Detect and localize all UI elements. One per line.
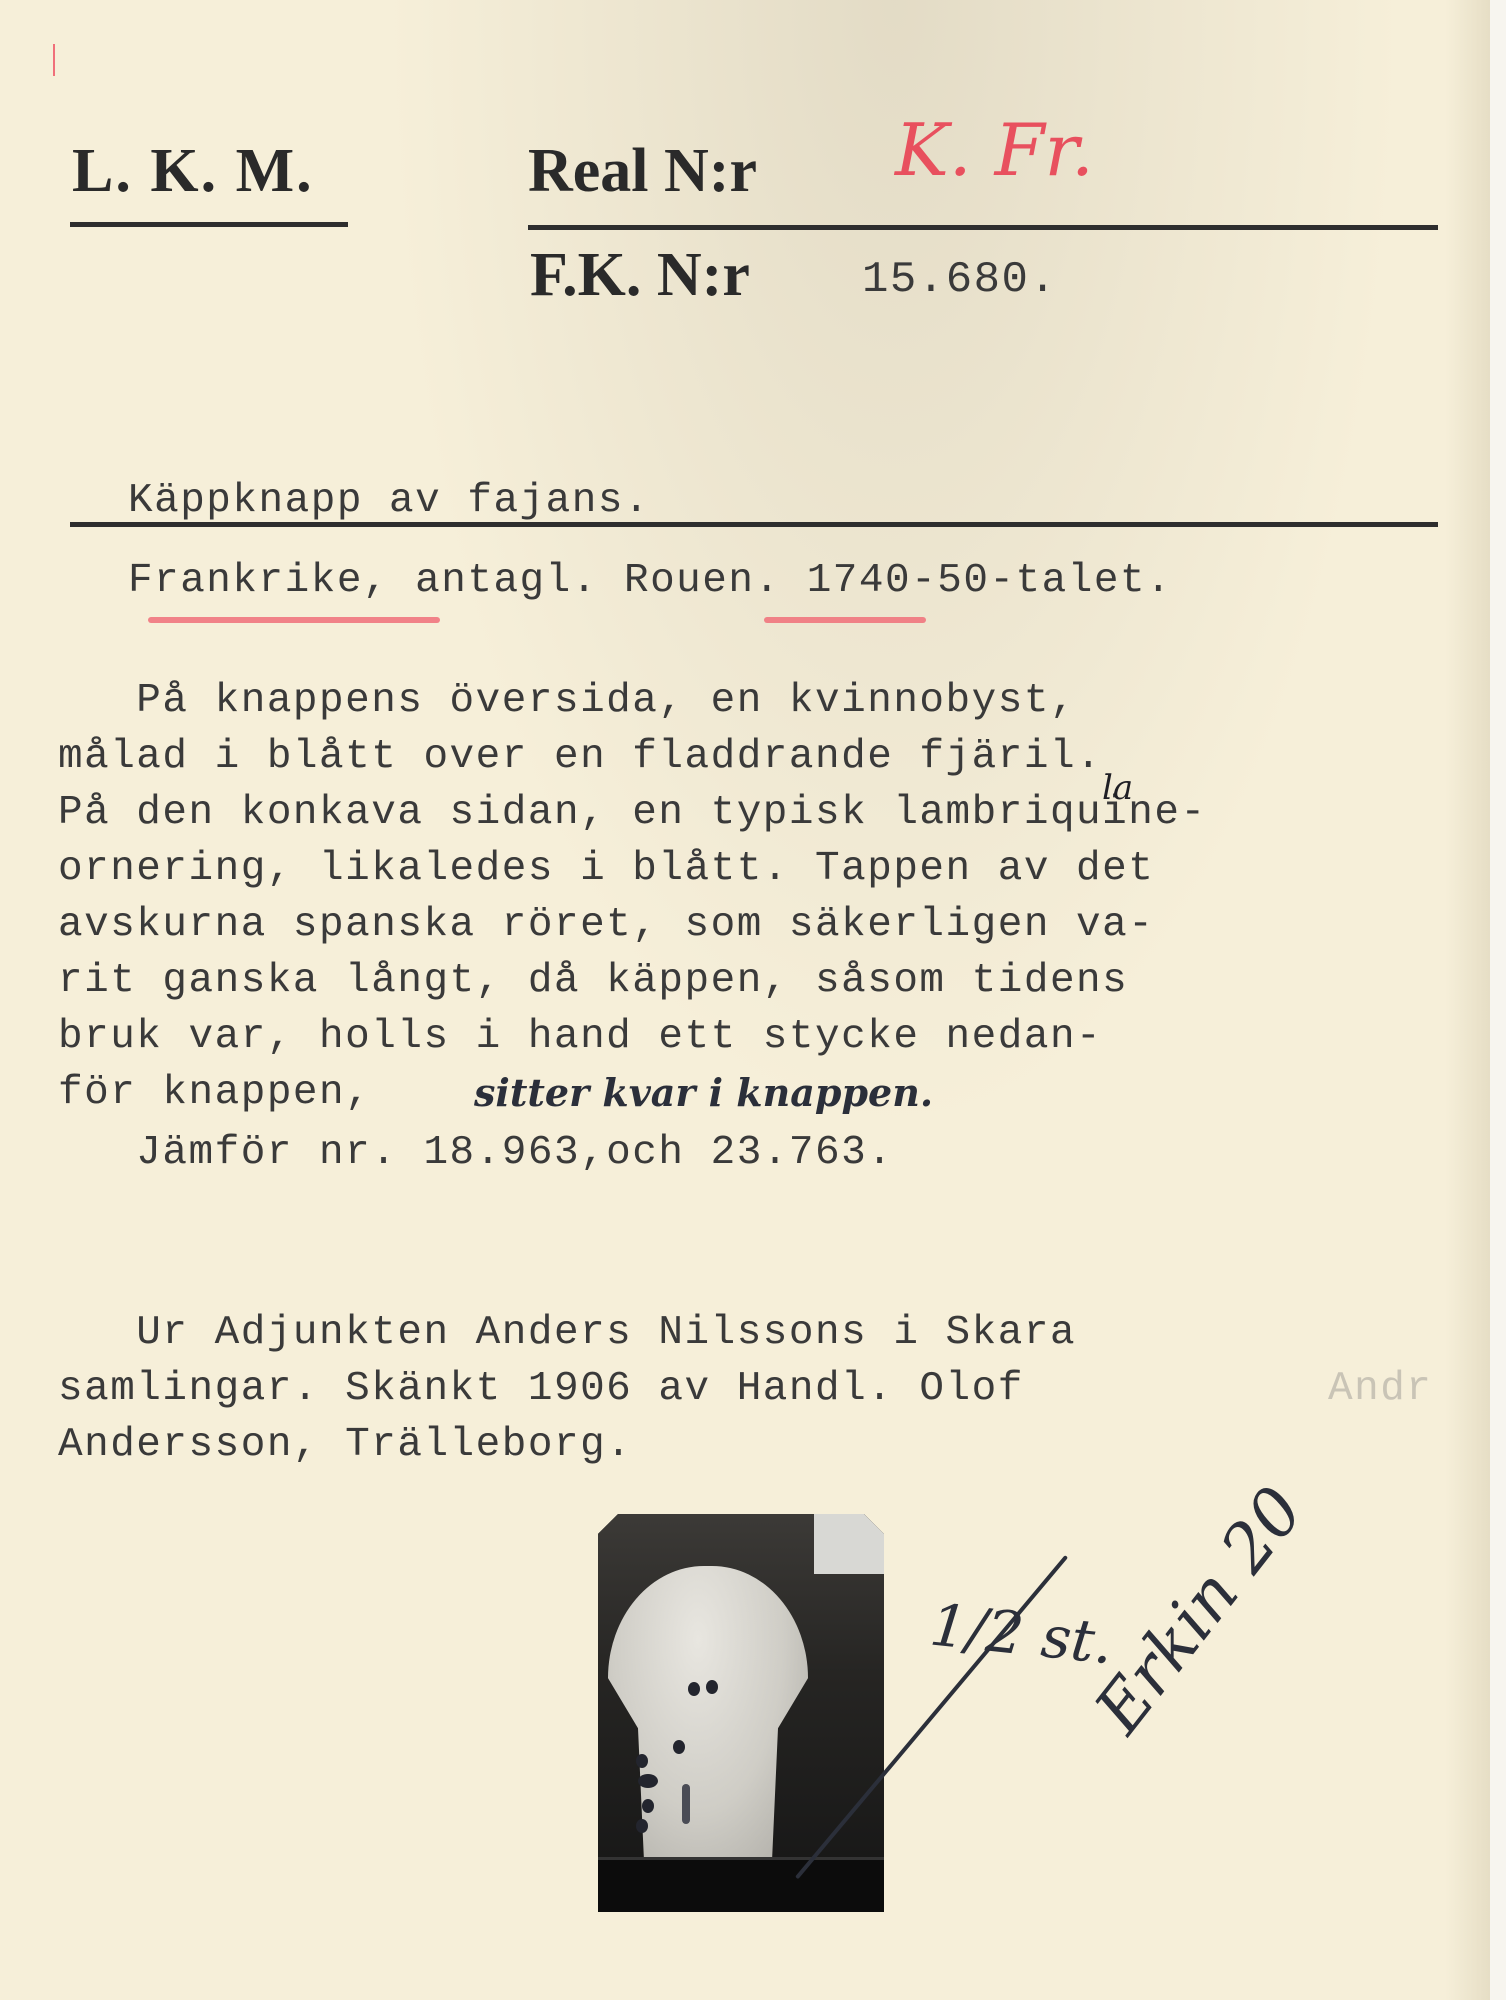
provenance-line: samlingar. Skänkt 1906 av Handl. Olof xyxy=(58,1366,1024,1412)
provenance-faded-text: Andr xyxy=(1328,1366,1432,1412)
fk-nr-value: 15.680. xyxy=(862,255,1057,305)
description-line: avskurna spanska röret, som säkerligen v… xyxy=(58,902,1154,948)
description-line: ornering, likaledes i blått. Tappen av d… xyxy=(58,846,1154,892)
origin-line: Frankrike, antagl. Rouen. 1740-50-talet. xyxy=(128,558,1172,604)
compare-line: Jämför nr. 18.963,och 23.763. xyxy=(58,1130,893,1176)
description-line: rit ganska långt, då käppen, såsom tiden… xyxy=(58,958,1128,1004)
institution-label: L. K. M. xyxy=(72,136,314,207)
fk-nr-label: F.K. N:r xyxy=(530,240,750,311)
description-line: bruk var, holls i hand ett stycke nedan- xyxy=(58,1014,1102,1060)
handwritten-correction: la xyxy=(1102,768,1133,808)
provenance-line: Ur Adjunkten Anders Nilssons i Skara xyxy=(58,1310,1076,1356)
red-underline-rouen xyxy=(764,617,926,623)
object-title: Käppknapp av fajans. xyxy=(128,478,650,524)
title-rule xyxy=(70,522,1438,527)
real-nr-value: K. Fr. xyxy=(895,108,1094,192)
scale-annotation: 1/2 st. xyxy=(927,1591,1116,1678)
catalog-card: L. K. M. Real N:r K. Fr. F.K. N:r 15.680… xyxy=(0,0,1490,2000)
handwritten-insert: sitter kvar i knappen. xyxy=(474,1070,933,1115)
real-nr-label: Real N:r xyxy=(528,136,757,207)
red-underline-frankrike xyxy=(148,617,440,623)
provenance-line: Andersson, Trälleborg. xyxy=(58,1422,632,1468)
red-tick-mark xyxy=(53,44,55,76)
real-nr-rule xyxy=(528,225,1438,230)
description-line: för knappen, xyxy=(58,1070,371,1116)
description-line: målad i blått over en fladdrande fjäril. xyxy=(58,734,1102,780)
description-line: På knappens översida, en kvinnobyst, xyxy=(58,678,1076,724)
description-line: På den konkava sidan, en typisk lambriqu… xyxy=(58,790,1207,836)
institution-underline xyxy=(70,222,348,227)
object-photograph xyxy=(598,1514,884,1912)
